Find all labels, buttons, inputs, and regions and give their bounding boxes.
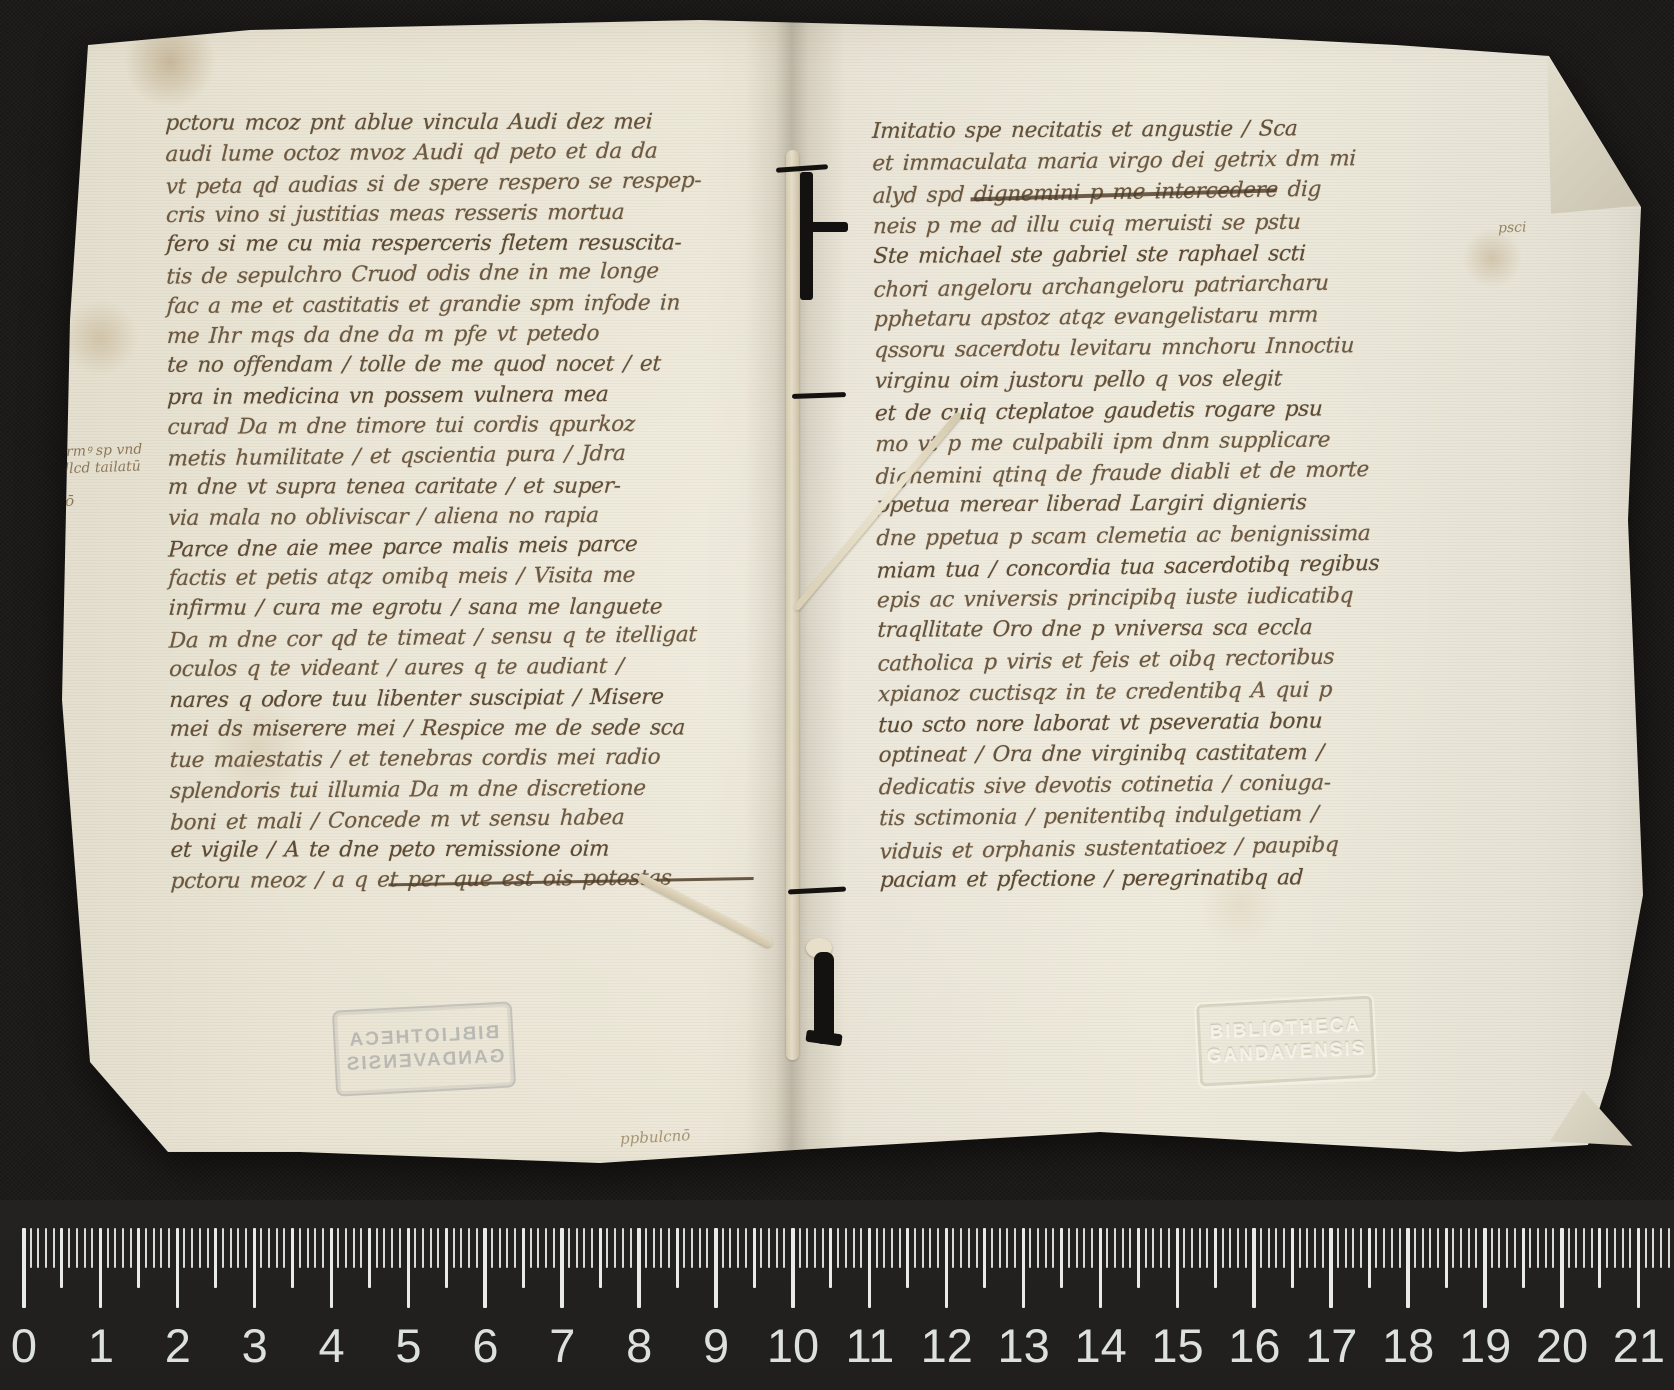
ruler-tick bbox=[1260, 1228, 1262, 1268]
ruler-tick bbox=[599, 1228, 602, 1288]
ruler-number: 12 bbox=[907, 1318, 987, 1373]
ruler-tick bbox=[1037, 1228, 1039, 1268]
ruler-tick bbox=[991, 1228, 993, 1268]
ruler-tick bbox=[1076, 1228, 1078, 1268]
ruler-tick bbox=[929, 1228, 931, 1268]
ruler-tick bbox=[560, 1228, 564, 1308]
ruler-tick bbox=[1583, 1228, 1585, 1268]
ruler-tick bbox=[491, 1228, 493, 1268]
ruler-tick bbox=[1122, 1228, 1124, 1268]
ruler-tick bbox=[1360, 1228, 1362, 1268]
ruler-tick bbox=[1091, 1228, 1093, 1268]
ruler-tick bbox=[1460, 1228, 1462, 1268]
ruler-tick bbox=[514, 1228, 516, 1268]
ruler-tick bbox=[1629, 1228, 1631, 1268]
ruler-number: 0 bbox=[0, 1318, 64, 1373]
ruler-tick bbox=[1452, 1228, 1454, 1268]
manuscript-line: neis p me ad illu cuiq meruisti se pstu bbox=[872, 204, 1485, 242]
ruler-tick bbox=[476, 1228, 478, 1268]
ruler-tick bbox=[1083, 1228, 1085, 1268]
ruler-tick bbox=[1306, 1228, 1308, 1268]
ruler-tick bbox=[1214, 1228, 1217, 1288]
ruler-tick bbox=[1637, 1228, 1641, 1308]
ruler-tick bbox=[1399, 1228, 1401, 1268]
ruler-tick bbox=[307, 1228, 309, 1268]
ruler-tick bbox=[1245, 1228, 1247, 1268]
ruler-number: 17 bbox=[1291, 1318, 1371, 1373]
manuscript-line: factis et petis atqz omibq meis / Visita… bbox=[168, 560, 757, 594]
manuscript-line: oculos q te videant / aures q te audiant… bbox=[168, 651, 757, 685]
ruler-tick bbox=[1406, 1228, 1410, 1308]
ruler-tick bbox=[1622, 1228, 1624, 1268]
ruler-tick bbox=[837, 1228, 839, 1268]
ruler-tick bbox=[806, 1228, 808, 1268]
right-page-text: Imitatio spe necitatis et angustie / Sca… bbox=[872, 111, 1492, 897]
ruler-tick bbox=[1422, 1228, 1424, 1268]
ruler-tick bbox=[107, 1228, 109, 1268]
ruler-tick bbox=[1099, 1228, 1103, 1308]
ruler-number: 5 bbox=[369, 1318, 449, 1373]
ruler-tick bbox=[1468, 1228, 1470, 1268]
ruler-tick bbox=[1545, 1228, 1547, 1268]
manuscript-line: m dne vt supra tenea caritate / et super… bbox=[167, 471, 756, 503]
ruler-tick bbox=[1429, 1228, 1431, 1268]
ruler-tick bbox=[1352, 1228, 1354, 1268]
ruler-number: 10 bbox=[753, 1318, 833, 1373]
manuscript-line: qssoru sacerdotu levitaru mnchoru Innoct… bbox=[874, 329, 1487, 367]
ruler-number: 13 bbox=[984, 1318, 1064, 1373]
ruler-tick bbox=[606, 1228, 608, 1268]
ruler-tick bbox=[1206, 1228, 1208, 1268]
ruler-number: 2 bbox=[138, 1318, 218, 1373]
manuscript-line: boni et mali / Concede m vt sensu habea bbox=[170, 801, 759, 838]
ruler-tick bbox=[30, 1228, 32, 1268]
ruler-tick bbox=[137, 1228, 140, 1288]
ruler-tick bbox=[653, 1228, 655, 1268]
ruler-tick bbox=[1414, 1228, 1416, 1268]
left-margin-abbreviation: rō bbox=[58, 492, 74, 510]
ruler-tick bbox=[1375, 1228, 1377, 1268]
ruler-tick bbox=[322, 1228, 324, 1268]
ruler-tick bbox=[91, 1228, 93, 1268]
ruler-number: 4 bbox=[292, 1318, 372, 1373]
ruler-tick bbox=[706, 1228, 708, 1268]
ruler-tick bbox=[783, 1228, 785, 1268]
ruler-number: 15 bbox=[1138, 1318, 1218, 1373]
ruler-tick bbox=[1222, 1228, 1224, 1268]
ruler-tick bbox=[1268, 1228, 1270, 1268]
ruler-tick bbox=[84, 1228, 86, 1268]
ruler-tick bbox=[314, 1228, 316, 1268]
ruler-tick bbox=[952, 1228, 954, 1268]
manuscript-line: pra in medicina vn possem vulnera mea bbox=[167, 379, 756, 413]
ruler-tick bbox=[853, 1228, 855, 1268]
ruler-tick bbox=[499, 1228, 501, 1268]
ruler-tick bbox=[1199, 1228, 1201, 1268]
photograph-stage: pctoru mcoz pnt ablue vincula Audi dez m… bbox=[0, 0, 1674, 1390]
ruler-tick bbox=[1152, 1228, 1154, 1268]
ruler-tick bbox=[391, 1228, 393, 1268]
ruler-tick bbox=[1191, 1228, 1193, 1268]
ruler-tick bbox=[53, 1228, 55, 1268]
ruler-tick bbox=[1145, 1228, 1147, 1268]
ruler-number: 9 bbox=[676, 1318, 756, 1373]
ruler-tick bbox=[445, 1228, 448, 1288]
ruler-tick bbox=[1614, 1228, 1616, 1268]
ruler-tick bbox=[214, 1228, 217, 1288]
ruler-tick bbox=[437, 1228, 439, 1268]
ruler-tick bbox=[899, 1228, 901, 1268]
ruler-tick bbox=[1591, 1228, 1593, 1268]
ruler-tick bbox=[637, 1228, 641, 1308]
ruler-tick bbox=[122, 1228, 124, 1268]
ruler-number: 1 bbox=[61, 1318, 141, 1373]
ruler-tick bbox=[1176, 1228, 1180, 1308]
ruler-tick bbox=[714, 1228, 718, 1308]
margin-note-line: vdlcd tailatū bbox=[52, 458, 143, 478]
ruler-tick bbox=[253, 1228, 257, 1308]
ruler-tick bbox=[1029, 1228, 1031, 1268]
ruler-tick bbox=[914, 1228, 916, 1268]
ruler-tick bbox=[1060, 1228, 1063, 1288]
ruler-number: 6 bbox=[445, 1318, 525, 1373]
ruler-tick bbox=[1391, 1228, 1393, 1268]
ruler-tick bbox=[568, 1228, 570, 1268]
ruler-tick bbox=[1368, 1228, 1371, 1288]
ruler-number: 14 bbox=[1061, 1318, 1141, 1373]
ruler-tick bbox=[1491, 1228, 1493, 1268]
ruler-tick bbox=[222, 1228, 224, 1268]
ruler-tick bbox=[168, 1228, 170, 1268]
ruler-tick bbox=[407, 1228, 411, 1308]
ruler-tick bbox=[1568, 1228, 1570, 1268]
ruler-tick bbox=[199, 1228, 201, 1268]
ruler-tick bbox=[1252, 1228, 1256, 1308]
ruler-tick bbox=[1052, 1228, 1054, 1268]
ruler-tick bbox=[583, 1228, 585, 1268]
ruler-tick bbox=[1514, 1228, 1516, 1268]
ruler-tick bbox=[330, 1228, 334, 1308]
ruler-tick bbox=[922, 1228, 924, 1268]
manuscript-line: metis humilitate / et qscientia pura / J… bbox=[167, 438, 756, 475]
ruler-tick bbox=[1652, 1228, 1654, 1268]
ruler-tick bbox=[891, 1228, 893, 1268]
ruler-tick bbox=[345, 1228, 347, 1268]
manuscript-line: te no offendam / tolle de me quod nocet … bbox=[166, 350, 755, 382]
manuscript-line: tuo scto nore laborat vt pseveratia bonu bbox=[878, 704, 1491, 742]
ruler-tick bbox=[1660, 1228, 1662, 1268]
ruler-tick bbox=[822, 1228, 824, 1268]
ruler-tick bbox=[1337, 1228, 1339, 1268]
manuscript-line: mei ds miserere mei / Respice me de sede… bbox=[169, 713, 758, 745]
ruler-tick bbox=[153, 1228, 155, 1268]
manuscript-line: paciam et pfectione / peregrinatibq ad bbox=[879, 861, 1492, 896]
centimeter-ruler: 0123456789101112131415161718192021 bbox=[0, 1200, 1674, 1390]
ruler-tick bbox=[283, 1228, 285, 1268]
ruler-tick bbox=[299, 1228, 301, 1268]
ruler-tick bbox=[76, 1228, 78, 1268]
ruler-tick bbox=[937, 1228, 939, 1268]
ruler-tick bbox=[1068, 1228, 1070, 1268]
stitch-dark-top bbox=[800, 172, 813, 300]
ruler-tick bbox=[145, 1228, 147, 1268]
ruler-tick bbox=[237, 1228, 239, 1268]
ruler-tick bbox=[99, 1228, 103, 1308]
ruler-number: 19 bbox=[1445, 1318, 1525, 1373]
ruler-tick bbox=[1129, 1228, 1131, 1268]
ruler-tick bbox=[1437, 1228, 1439, 1268]
ruler-tick bbox=[1329, 1228, 1333, 1308]
ruler-tick bbox=[1475, 1228, 1477, 1268]
ruler-tick bbox=[553, 1228, 555, 1268]
ruler-tick bbox=[729, 1228, 731, 1268]
ruler-tick bbox=[660, 1228, 662, 1268]
ruler-tick bbox=[845, 1228, 847, 1268]
ruler-tick bbox=[1322, 1228, 1324, 1268]
ruler-tick bbox=[1275, 1228, 1277, 1268]
ruler-tick bbox=[737, 1228, 739, 1268]
ruler-tick bbox=[829, 1228, 832, 1288]
ruler-tick bbox=[645, 1228, 647, 1268]
ruler-tick bbox=[468, 1228, 470, 1268]
ruler-tick bbox=[1498, 1228, 1500, 1268]
ruler-tick bbox=[1522, 1228, 1525, 1288]
ruler-tick bbox=[1045, 1228, 1047, 1268]
ruler-tick bbox=[1291, 1228, 1294, 1288]
ruler-tick bbox=[176, 1228, 180, 1308]
ruler-tick bbox=[1598, 1228, 1601, 1288]
ruler-tick bbox=[976, 1228, 978, 1268]
ruler-tick bbox=[860, 1228, 862, 1268]
ruler-tick bbox=[760, 1228, 762, 1268]
ruler-tick bbox=[360, 1228, 362, 1268]
ruler-tick bbox=[230, 1228, 232, 1268]
ruler-tick bbox=[1668, 1228, 1670, 1268]
ruler-tick bbox=[799, 1228, 801, 1268]
ruler-tick bbox=[422, 1228, 424, 1268]
ruler-tick bbox=[130, 1228, 132, 1268]
ruler-tick bbox=[614, 1228, 616, 1268]
stitch-slit-middle bbox=[792, 392, 846, 399]
ruler-number: 20 bbox=[1522, 1318, 1602, 1373]
manuscript-line: pctoru mcoz pnt ablue vincula Audi dez m… bbox=[165, 107, 754, 139]
ruler-tick bbox=[114, 1228, 116, 1268]
ruler-tick bbox=[630, 1228, 632, 1268]
ruler-tick bbox=[1314, 1228, 1316, 1268]
ruler-tick bbox=[999, 1228, 1001, 1268]
ruler-tick bbox=[691, 1228, 693, 1268]
ruler-tick bbox=[1529, 1228, 1531, 1268]
ruler-tick bbox=[983, 1228, 986, 1288]
ruler-tick bbox=[291, 1228, 294, 1288]
ruler-tick bbox=[945, 1228, 949, 1308]
ruler-tick bbox=[776, 1228, 778, 1268]
ruler-tick bbox=[522, 1228, 525, 1288]
ruler-tick bbox=[1237, 1228, 1239, 1268]
ruler-tick bbox=[60, 1228, 63, 1288]
ruler-number: 21 bbox=[1599, 1318, 1674, 1373]
ruler-tick bbox=[1552, 1228, 1554, 1268]
manuscript-line: et vigile / A te dne peto remissione oim bbox=[170, 834, 759, 866]
ruler-tick bbox=[268, 1228, 270, 1268]
ruler-tick bbox=[1445, 1228, 1448, 1288]
ruler-tick bbox=[545, 1228, 547, 1268]
ruler-number: 16 bbox=[1214, 1318, 1294, 1373]
left-margin-annotation: ffirmꝰ sp vndvdlcd tailatū bbox=[51, 441, 143, 478]
ruler-tick bbox=[37, 1228, 39, 1268]
right-margin-annotation: psci bbox=[1498, 220, 1527, 237]
ruler-tick bbox=[745, 1228, 747, 1268]
ruler-tick bbox=[530, 1228, 532, 1268]
ruler-tick bbox=[722, 1228, 724, 1268]
ruler-tick bbox=[1137, 1228, 1140, 1288]
manuscript-line: ppetua merear liberad Largiri dignieris bbox=[875, 487, 1488, 522]
ruler-tick bbox=[1160, 1228, 1162, 1268]
ruler-tick bbox=[453, 1228, 455, 1268]
ruler-tick bbox=[699, 1228, 701, 1268]
ruler-tick bbox=[868, 1228, 872, 1308]
left-page-text: pctoru mcoz pnt ablue vincula Audi dez m… bbox=[165, 106, 758, 898]
ruler-tick bbox=[1014, 1228, 1016, 1268]
ruler-tick bbox=[791, 1228, 795, 1308]
ruler-tick bbox=[1283, 1228, 1285, 1268]
manuscript-line: infirmu / cura me egrotu / sana me langu… bbox=[168, 592, 757, 624]
ruler-tick bbox=[68, 1228, 70, 1268]
gutter-footer-inscription: ppbulcnō bbox=[620, 1126, 691, 1148]
ruler-number: 8 bbox=[599, 1318, 679, 1373]
ruler-tick bbox=[383, 1228, 385, 1268]
manuscript-line: cris vino si justitias meas resseris mor… bbox=[165, 197, 754, 231]
ruler-tick bbox=[1022, 1228, 1026, 1308]
ruler-tick bbox=[883, 1228, 885, 1268]
ruler-tick bbox=[1114, 1228, 1116, 1268]
ruler-tick bbox=[683, 1228, 685, 1268]
ruler-tick bbox=[576, 1228, 578, 1268]
ruler-tick bbox=[260, 1228, 262, 1268]
ruler-tick bbox=[1383, 1228, 1385, 1268]
library-stamp-showthrough-mirrored: BIBLIOTHECA GANDAVENSIS bbox=[332, 1001, 516, 1096]
ruler-tick bbox=[676, 1228, 679, 1288]
manuscript-line: virginu oim justoru pello q vos elegit bbox=[874, 362, 1487, 397]
manuscript-line: me Ihr mqs da dne da m pfe vt petedo bbox=[166, 318, 755, 352]
library-blind-stamp: BIBLIOTHECA GANDAVENSIS bbox=[1194, 993, 1378, 1088]
ruler-tick bbox=[906, 1228, 909, 1288]
ruler-tick bbox=[368, 1228, 371, 1288]
ruler-tick bbox=[207, 1228, 209, 1268]
dog-ear-fold-top-right bbox=[1543, 52, 1643, 217]
ruler-tick bbox=[753, 1228, 756, 1288]
ruler-tick bbox=[1183, 1228, 1185, 1268]
ruler-tick bbox=[414, 1228, 416, 1268]
ruler-tick bbox=[353, 1228, 355, 1268]
ruler-number: 18 bbox=[1368, 1318, 1448, 1373]
ruler-tick bbox=[376, 1228, 378, 1268]
ruler-tick bbox=[399, 1228, 401, 1268]
ruler-tick bbox=[1606, 1228, 1608, 1268]
ruler-tick bbox=[183, 1228, 185, 1268]
ruler-tick bbox=[191, 1228, 193, 1268]
ruler-tick bbox=[537, 1228, 539, 1268]
ruler-tick bbox=[814, 1228, 816, 1268]
ruler-tick bbox=[460, 1228, 462, 1268]
ruler-tick bbox=[1106, 1228, 1108, 1268]
ruler-tick bbox=[1345, 1228, 1347, 1268]
ruler-tick bbox=[430, 1228, 432, 1268]
ruler-tick bbox=[1537, 1228, 1539, 1268]
ruler-tick bbox=[483, 1228, 487, 1308]
ruler-number: 11 bbox=[830, 1318, 910, 1373]
manuscript-line: tue maiestatis / et tenebras cordis mei … bbox=[169, 742, 758, 776]
ruler-tick bbox=[245, 1228, 247, 1268]
ruler-tick bbox=[506, 1228, 508, 1268]
stitch-dark-top-arm bbox=[808, 222, 848, 232]
ruler-tick bbox=[1299, 1228, 1301, 1268]
ruler-number: 7 bbox=[522, 1318, 602, 1373]
manuscript-bifolium: pctoru mcoz pnt ablue vincula Audi dez m… bbox=[0, 0, 1674, 1200]
ruler-tick bbox=[1483, 1228, 1487, 1308]
ruler-tick bbox=[622, 1228, 624, 1268]
ruler-tick bbox=[668, 1228, 670, 1268]
ruler-tick bbox=[160, 1228, 162, 1268]
ruler-tick bbox=[1645, 1228, 1647, 1268]
ruler-tick bbox=[968, 1228, 970, 1268]
ruler-tick bbox=[22, 1228, 26, 1308]
stitch-dark-bottom-foot bbox=[805, 1030, 842, 1047]
manuscript-line: nares q odore tuu libenter suscipiat / M… bbox=[169, 682, 758, 716]
ruler-tick bbox=[768, 1228, 770, 1268]
paper-sheet: pctoru mcoz pnt ablue vincula Audi dez m… bbox=[0, 0, 1674, 1200]
ruler-tick bbox=[1560, 1228, 1564, 1308]
ruler-tick bbox=[876, 1228, 878, 1268]
ruler-tick bbox=[337, 1228, 339, 1268]
ruler-tick bbox=[1168, 1228, 1170, 1268]
ruler-tick bbox=[1506, 1228, 1508, 1268]
ruler-tick bbox=[45, 1228, 47, 1268]
ruler-tick bbox=[591, 1228, 593, 1268]
ruler-tick bbox=[960, 1228, 962, 1268]
ruler-number: 3 bbox=[215, 1318, 295, 1373]
ruler-tick bbox=[1006, 1228, 1008, 1268]
ruler-tick bbox=[1575, 1228, 1577, 1268]
ruler-tick bbox=[276, 1228, 278, 1268]
manuscript-line: fac a me et castitatis et grandie spm in… bbox=[166, 288, 755, 322]
ruler-tick bbox=[1229, 1228, 1231, 1268]
